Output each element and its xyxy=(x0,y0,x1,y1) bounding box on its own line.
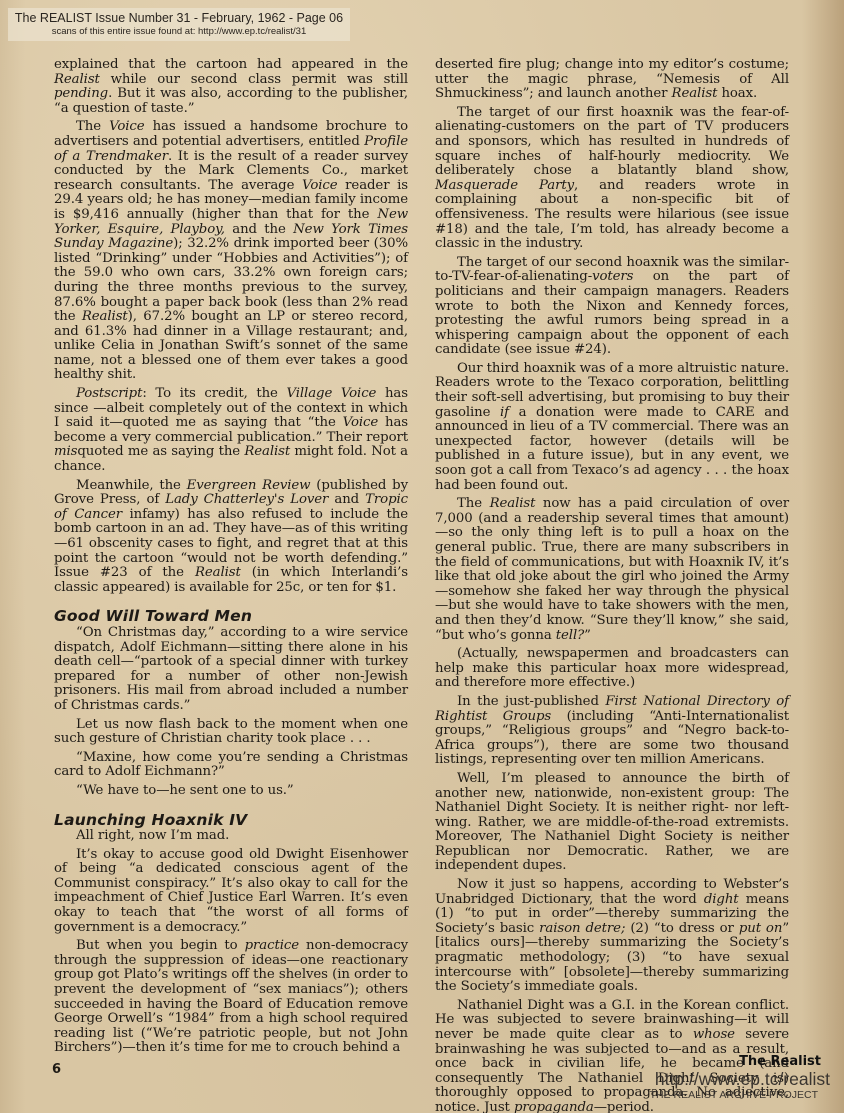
archive-banner: The REALIST Issue Number 31 - February, … xyxy=(8,8,350,41)
article-paragraph: explained that the cartoon had appeared … xyxy=(54,58,408,116)
archive-footer: The Realist http://www.ep.tc/realist THE… xyxy=(650,1054,830,1101)
left-column: explained that the cartoon had appeared … xyxy=(54,58,408,1060)
article-paragraph: Let us now flash back to the moment when… xyxy=(54,718,408,747)
right-column: deserted fire plug; change into my edito… xyxy=(435,58,789,1113)
footer-url-link[interactable]: http://www.ep.tc/realist xyxy=(650,1069,830,1089)
article-paragraph: “On Christmas day,” according to a wire … xyxy=(54,626,408,714)
article-paragraph: The target of our first hoaxnik was the … xyxy=(435,106,789,252)
article-paragraph: Our third hoaxnik was of a more altruist… xyxy=(435,362,789,493)
article-paragraph: Now it just so happens, according to Web… xyxy=(435,878,789,995)
article-paragraph: “Maxine, how come you’re sending a Chris… xyxy=(54,751,408,780)
article-paragraph: All right, now I’m mad. xyxy=(54,829,408,844)
section-heading: Good Will Toward Men xyxy=(54,609,408,624)
banner-title: The REALIST Issue Number 31 - February, … xyxy=(8,8,350,26)
article-paragraph: “We have to—he sent one to us.” xyxy=(54,784,408,799)
article-paragraph: deserted fire plug; change into my edito… xyxy=(435,58,789,102)
article-paragraph: The Realist now has a paid circulation o… xyxy=(435,497,789,643)
banner-subtitle: scans of this entire issue found at: htt… xyxy=(8,26,350,38)
footer-project: THE REALIST ARCHIVE PROJECT xyxy=(650,1089,818,1101)
article-paragraph: The Voice has issued a handsome brochure… xyxy=(54,120,408,383)
article-paragraph: (Actually, newspapermen and broadcasters… xyxy=(435,647,789,691)
article-paragraph: But when you begin to practice non-democ… xyxy=(54,939,408,1056)
article-paragraph: It’s okay to accuse good old Dwight Eise… xyxy=(54,848,408,936)
footer-brand: The Realist xyxy=(650,1054,821,1069)
article-paragraph: Meanwhile, the Evergreen Review (publish… xyxy=(54,479,408,596)
article-paragraph: Well, I’m pleased to announce the birth … xyxy=(435,772,789,874)
article-paragraph: Postscript: To its credit, the Village V… xyxy=(54,387,408,475)
section-heading: Launching Hoaxnik IV xyxy=(54,813,408,828)
article-paragraph: The target of our second hoaxnik was the… xyxy=(435,256,789,358)
article-paragraph: In the just-published First National Dir… xyxy=(435,695,789,768)
page-number: 6 xyxy=(52,1062,61,1077)
